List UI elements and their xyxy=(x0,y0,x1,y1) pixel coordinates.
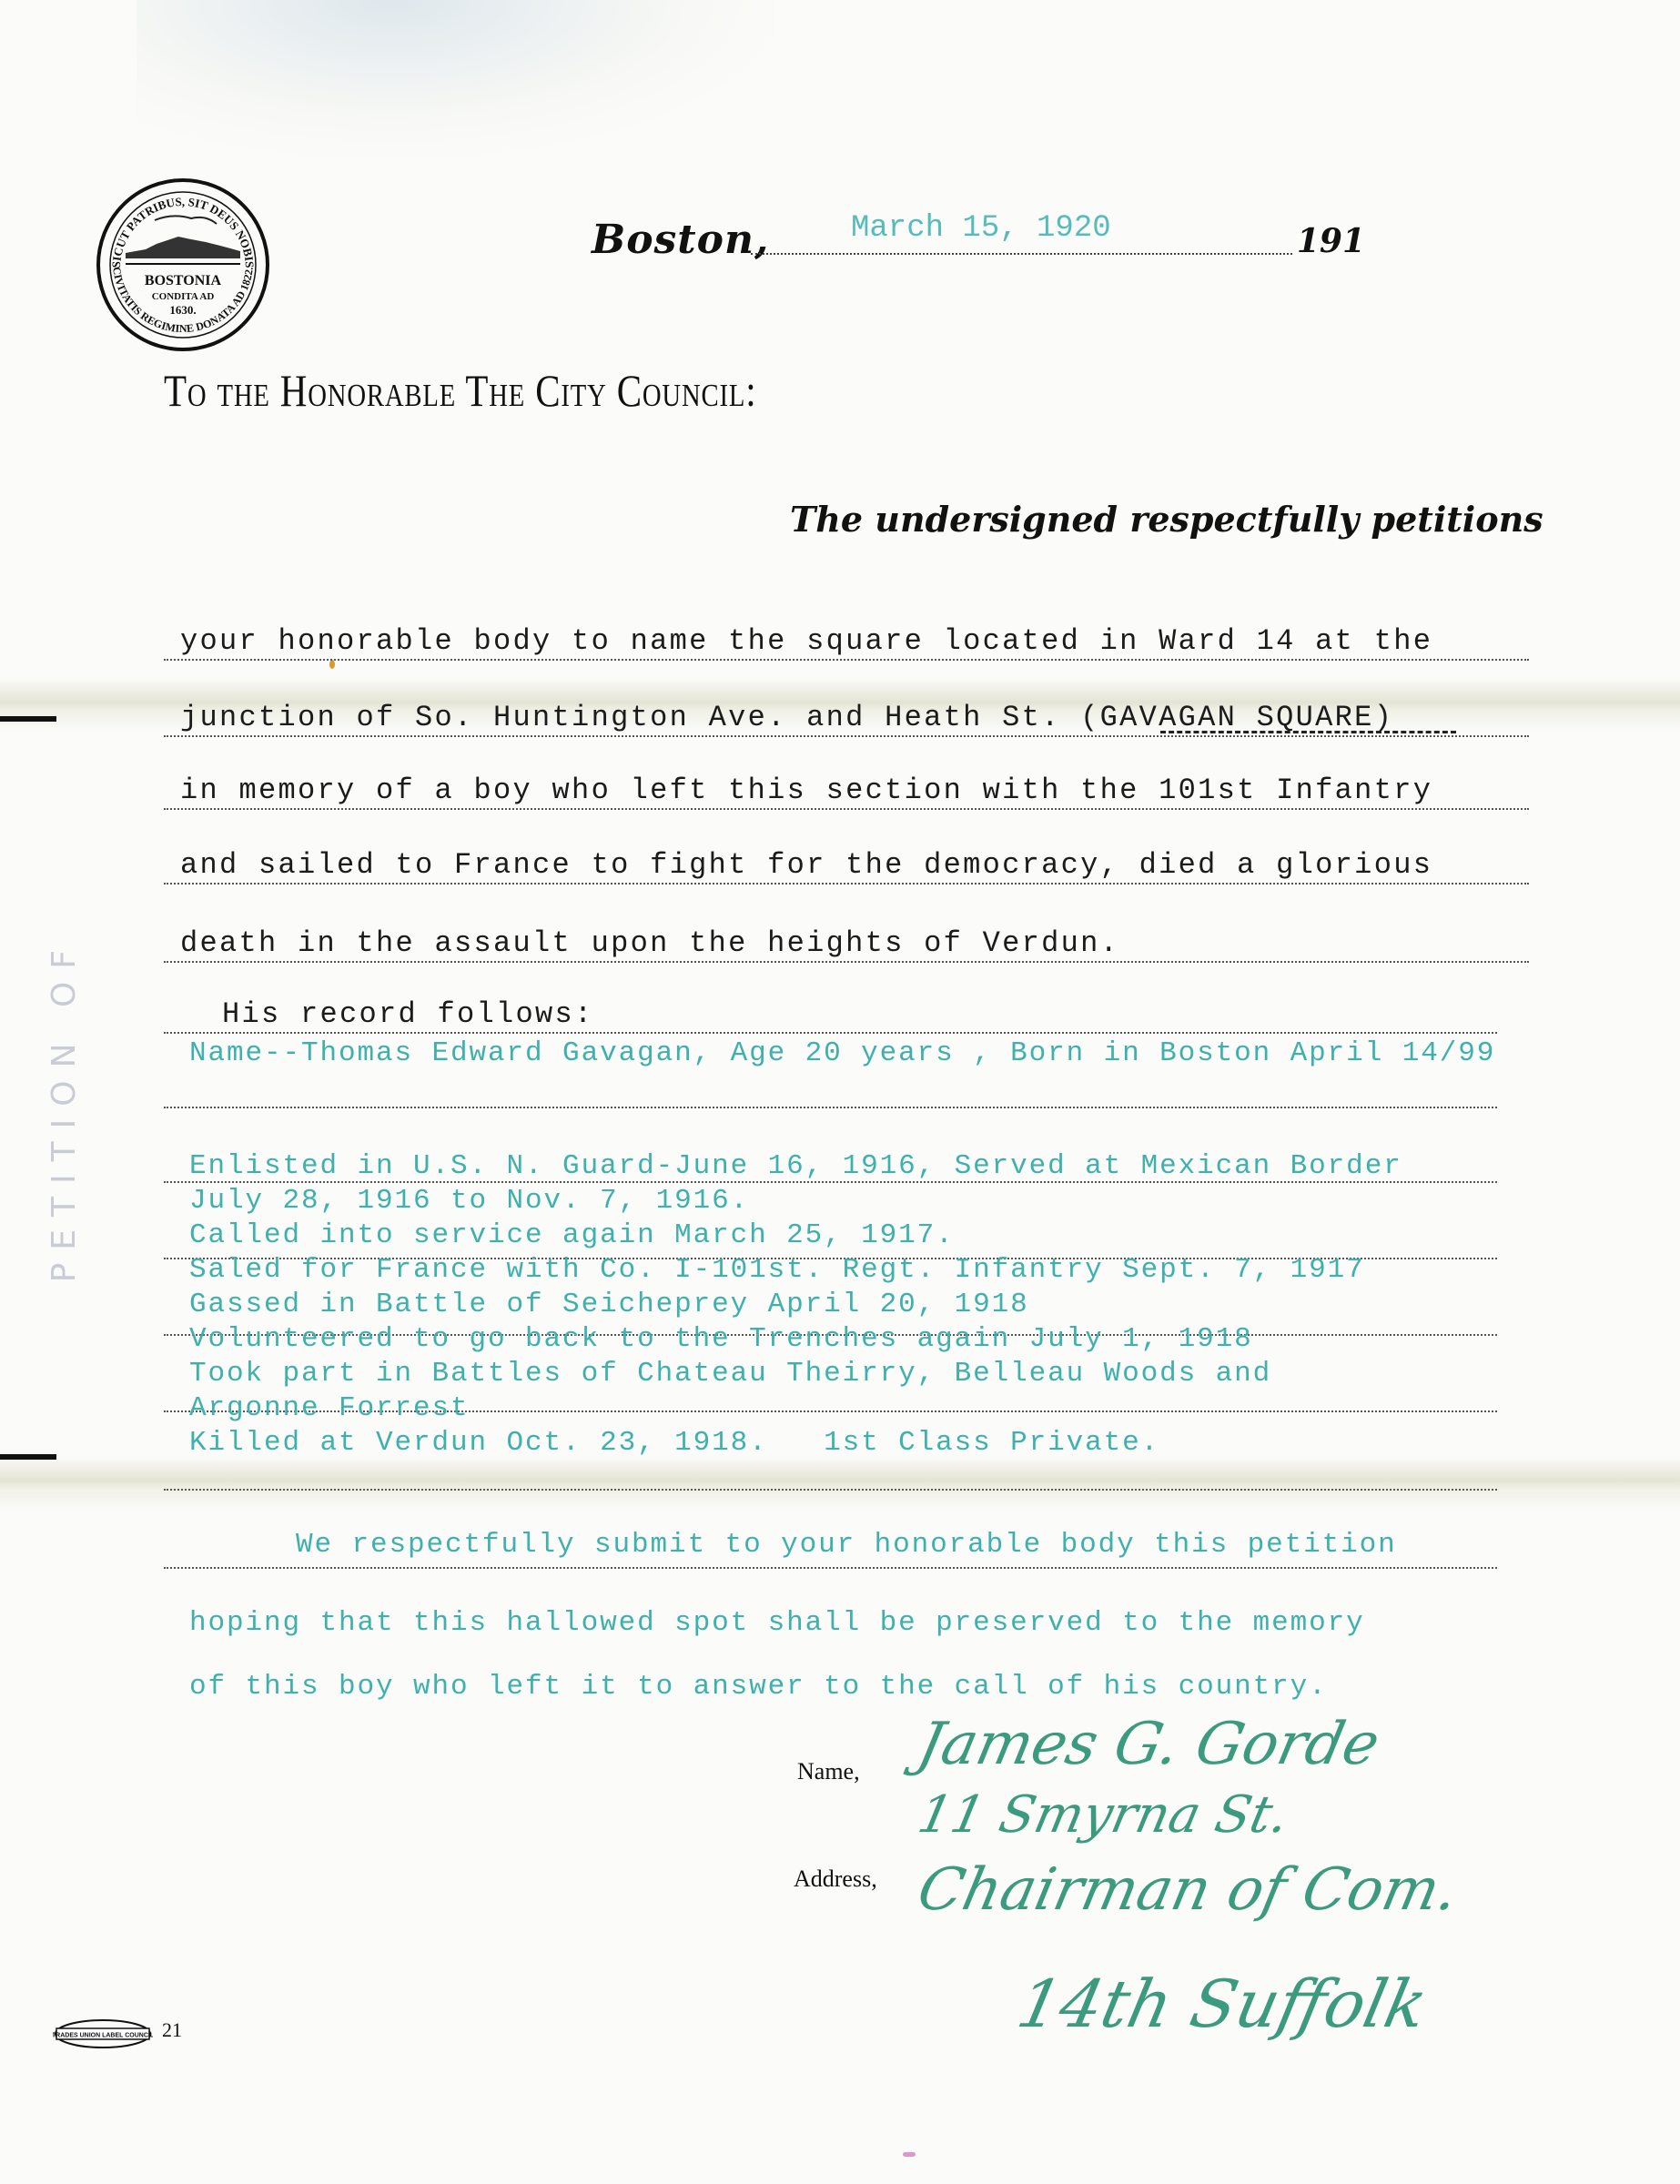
closing-line: hoping that this hallowed spot shall be … xyxy=(189,1607,1365,1639)
petition-of-stamp: PETITION OF xyxy=(46,937,83,1282)
address-label: Address, xyxy=(794,1865,877,1893)
intro-script: The undersigned respectfully petitions xyxy=(790,499,1543,540)
svg-text:TRADES UNION LABEL COUNCIL: TRADES UNION LABEL COUNCIL xyxy=(53,2033,153,2039)
paper-fold xyxy=(0,1456,1680,1511)
record-line: July 28, 1916 to Nov. 7, 1916. xyxy=(189,1185,749,1217)
water-stain xyxy=(137,0,774,155)
body-line: in memory of a boy who left this section… xyxy=(180,773,1432,807)
signature-district: 14th Suffolk xyxy=(1011,1966,1433,2042)
page-number: 21 xyxy=(162,2018,182,2042)
svg-text:1630.: 1630. xyxy=(169,303,196,317)
signature-address: 11 Smyrna St. xyxy=(913,1785,1294,1845)
union-label-icon: TRADES UNION LABEL COUNCIL xyxy=(53,2018,153,2049)
closing-line: We respectfully submit to your honorable… xyxy=(296,1529,1397,1561)
body-line: death in the assault upon the heights of… xyxy=(180,926,1119,960)
ink-smudge xyxy=(903,2152,916,2157)
dotted-rule xyxy=(164,735,1529,737)
date-dotted-line xyxy=(751,253,1292,255)
record-line: Took part in Battles of Chateau Theirry,… xyxy=(189,1358,1271,1390)
signature-name: James G. Gorde xyxy=(912,1711,1385,1778)
svg-text:BOSTONIA: BOSTONIA xyxy=(145,273,222,288)
dotted-rule xyxy=(164,659,1529,661)
dotted-rule xyxy=(164,1107,1497,1108)
closing-line: of this boy who left it to answer to the… xyxy=(189,1671,1328,1703)
dateline: Boston, March 15, 1920 191 xyxy=(592,211,1365,275)
stain-speck xyxy=(329,660,335,669)
dotted-rule xyxy=(164,883,1529,885)
boston-city-seal: SICUT PATRIBUS, SIT DEUS NOBIS CIVITATIS… xyxy=(96,178,269,351)
date-value: March 15, 1920 xyxy=(851,211,1111,246)
svg-text:CONDITA AD: CONDITA AD xyxy=(152,291,215,302)
square-name-underline xyxy=(1160,731,1456,733)
dotted-rule xyxy=(164,1489,1497,1491)
body-line: junction of So. Huntington Ave. and Heat… xyxy=(180,701,1393,734)
record-line: Enlisted in U.S. N. Guard-June 16, 1916,… xyxy=(189,1150,1402,1182)
dotted-rule xyxy=(164,961,1529,963)
dotted-rule xyxy=(164,1032,1497,1034)
record-line: Saled for France with Co. I-101st. Regt.… xyxy=(189,1254,1365,1286)
seal-icon: SICUT PATRIBUS, SIT DEUS NOBIS CIVITATIS… xyxy=(100,182,266,348)
record-line: Argonne Forrest xyxy=(189,1392,470,1424)
record-line: Volunteered to go back to the Trenches a… xyxy=(189,1323,1253,1355)
record-line: Called into service again March 25, 1917… xyxy=(189,1219,955,1251)
dotted-rule xyxy=(164,808,1529,810)
dotted-rule xyxy=(164,1181,1497,1183)
binding-mark xyxy=(0,1454,56,1460)
record-line: Name--Thomas Edward Gavagan, Age 20 year… xyxy=(189,1037,1495,1069)
dotted-rule xyxy=(164,1567,1497,1569)
record-line: Killed at Verdun Oct. 23, 1918. 1st Clas… xyxy=(189,1427,1159,1459)
record-line: Gassed in Battle of Seicheprey April 20,… xyxy=(189,1289,1029,1320)
year-prefix: 191 xyxy=(1297,222,1365,260)
addressee-heading: To the Honorable The City Council: xyxy=(164,364,756,417)
binding-mark xyxy=(0,716,56,722)
city-label: Boston, xyxy=(592,217,769,263)
body-line: your honorable body to name the square l… xyxy=(180,624,1432,658)
signature-title: Chairman of Com. xyxy=(912,1856,1464,1924)
body-line: and sailed to France to fight for the de… xyxy=(180,848,1432,882)
name-label: Name, xyxy=(797,1758,860,1785)
record-heading: His record follows: xyxy=(222,997,594,1031)
